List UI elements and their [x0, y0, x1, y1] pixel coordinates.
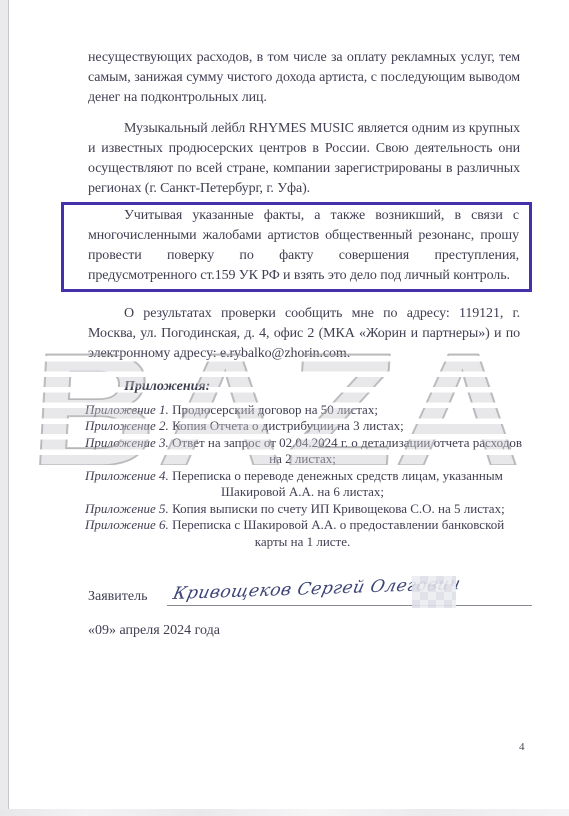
paragraph-request: Учитывая указанные факты, а также возник…: [88, 206, 519, 286]
highlighted-paragraph-box: Учитывая указанные факты, а также возник…: [61, 202, 532, 292]
attachment-label: Приложение 6.: [85, 517, 169, 532]
attachment-label: Приложение 3.: [85, 435, 169, 450]
attachment-item-6: Приложение 6. Переписка с Шакировой А.А.…: [85, 517, 520, 550]
attachment-continuation: Шакировой А.А. на 6 листах;: [85, 484, 520, 501]
attachment-label: Приложение 2.: [85, 418, 169, 433]
attachment-text: Копия выписки по счету ИП Кривощекова С.…: [172, 501, 505, 516]
attachment-text: Копия Отчета о дистрибуции на 3 листах;: [172, 418, 404, 433]
attachment-continuation: карты на 1 листе.: [85, 534, 520, 551]
paragraph-label-info: Музыкальный лейбл RHYMES MUSIC является …: [88, 119, 520, 199]
attachments-heading: Приложения:: [124, 379, 520, 396]
attachment-item-4: Приложение 4. Переписка о переводе денеж…: [85, 468, 520, 501]
document-date: «09» апреля 2024 года: [88, 623, 520, 639]
paragraph-expenses: несуществующих расходов, в том числе за …: [88, 48, 520, 108]
redaction-blur: [412, 576, 456, 608]
attachments-section: Приложения: Приложение 1. Продюсерский д…: [88, 379, 520, 550]
attachment-item-5: Приложение 5. Копия выписки по счету ИП …: [85, 501, 520, 518]
attachment-text: Продюсерский договор на 50 листах;: [172, 402, 378, 417]
attachment-item-3: Приложение 3. Ответ на запрос от 02.04.2…: [85, 435, 520, 468]
attachment-label: Приложение 4.: [85, 468, 169, 483]
document-page: несуществующих расходов, в том числе за …: [0, 0, 569, 816]
attachment-item-2: Приложение 2. Копия Отчета о дистрибуции…: [85, 418, 520, 435]
signature-row: Заявитель Кривощеков Сергей Олегович: [88, 572, 520, 606]
attachment-label: Приложение 1.: [85, 402, 169, 417]
attachment-continuation: на 2 листах;: [85, 451, 520, 468]
page-number: 4: [519, 741, 525, 753]
attachment-text: Переписка о переводе денежных средств ли…: [172, 468, 503, 483]
paragraph-contact: О результатах проверки сообщить мне по а…: [88, 304, 520, 364]
attachment-text: Ответ на запрос от 02.04.2024 г. о детал…: [172, 435, 522, 450]
scan-bottom-edge: [0, 809, 569, 816]
signature-line: Кривощеков Сергей Олегович: [167, 571, 532, 606]
attachment-item-1: Приложение 1. Продюсерский договор на 50…: [85, 402, 520, 419]
attachment-label: Приложение 5.: [85, 501, 169, 516]
scan-left-edge: [0, 0, 9, 816]
applicant-label: Заявитель: [88, 588, 147, 606]
document-body: несуществующих расходов, в том числе за …: [88, 48, 520, 639]
attachment-text: Переписка с Шакировой А.А. о предоставле…: [172, 517, 504, 532]
